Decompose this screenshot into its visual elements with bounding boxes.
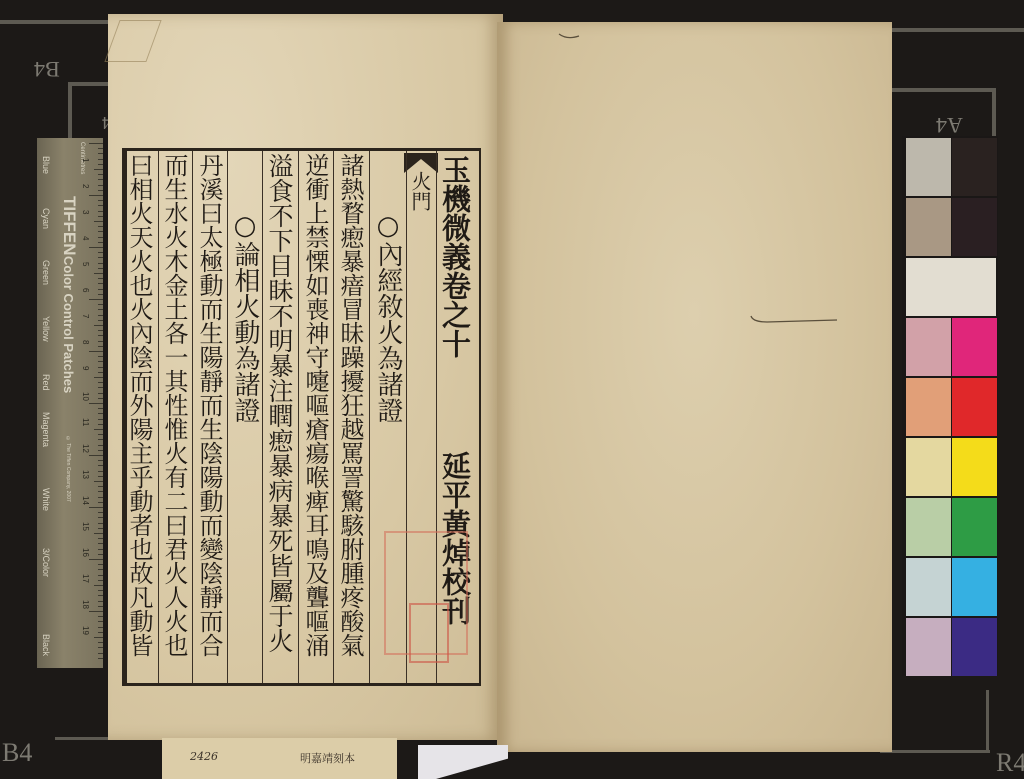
ruler-tick [98,538,103,539]
ruler-tick [98,211,103,212]
ruler-tick [94,481,103,482]
ruler-tick [94,221,103,222]
ruler-scale-number: 17 [81,574,90,583]
ruler-tick [98,564,103,565]
ruler-scale-number: 3 [81,210,90,214]
ruler-tick [98,575,103,576]
ruler-tick [98,606,103,607]
ruler-tick [98,382,103,383]
ruler-tick [98,200,103,201]
section-heading: 火門 [410,171,430,211]
ruler-tick [98,231,103,232]
ruler-tick [98,304,103,305]
board-label-top-right: A4 [936,112,963,138]
ruler-tick [94,637,103,638]
ruler-tick [98,413,103,414]
slip-number: 2426 [190,750,218,763]
ruler-tick [98,257,103,258]
ruler-tick [98,185,103,186]
ruler-scale-number: 5 [81,262,90,266]
ruler-tick [98,580,103,581]
ruler-tick [98,528,103,529]
ruler-scale-number: 8 [81,340,90,344]
column-rule [158,151,159,683]
color-patch-chart [902,136,998,676]
ruler-tick [98,356,103,357]
text-column-1: ○內經敘火為諸證 [375,211,401,423]
ruler-tick [98,263,103,264]
board-frame-left-v [68,82,72,142]
ruler-tick [89,299,103,300]
column-rule [298,151,299,683]
ruler-tick [98,627,103,628]
corner-fold [104,20,161,62]
ruler-tick [98,346,103,347]
top-mark [557,32,587,44]
slip-note: 明嘉靖刻本 [300,750,355,766]
ruler-tick [94,585,103,586]
ruler-color-label-cyan: Cyan [41,208,51,229]
tiffen-color-control-ruler: TIFFEN Color Control Patches © The Tiffe… [37,138,103,668]
ruler-color-label-red: Red [41,374,51,391]
ruler-tick [98,595,103,596]
ruler-tick [98,549,103,550]
text-column-4: 溢食不下目眛不明暴注瞤瘛暴病暴死皆屬于火 [267,153,292,653]
ruler-scale-number: 12 [81,444,90,453]
ruler-tick [98,554,103,555]
color-patch [906,498,951,556]
text-column-5: ○論相火動為諸證 [232,211,258,423]
text-column-7: 而生水火木金土各一其性惟火有二曰君火人火也 [162,153,186,657]
ruler-tick [98,424,103,425]
ruler-tick [98,512,103,513]
ruler-tick [89,351,103,352]
ruler-tick [98,471,103,472]
ruler-scale-number: 11 [81,418,90,426]
ruler-tick [98,320,103,321]
ruler-tick [98,450,103,451]
ruler-tick [98,398,103,399]
ruler-tick [98,372,103,373]
column-rule [227,151,228,683]
ruler-tick [98,460,103,461]
ruler-tick [98,590,103,591]
white-paper-strip [418,745,508,779]
ruler-copyright: © The Tiffen Company, 2007 [65,436,71,502]
text-column-3: 逆衝上禁慄如喪神守嚏嘔瘡瘍喉痺耳鳴及聾嘔涌 [303,153,327,657]
hair-mark [747,312,847,332]
board-label-top-left: B4 [34,56,60,82]
ruler-tick [98,497,103,498]
ruler-tick [89,195,103,196]
ruler-tick [94,325,103,326]
color-patch [952,378,997,436]
ruler-tick [98,341,103,342]
ruler-scale-number: 16 [81,548,90,557]
ruler-tick [98,408,103,409]
text-column-6: 丹溪曰太極動而生陽靜而生陰陽動而變陰靜而合 [197,153,221,657]
ruler-scale-number: 14 [81,496,90,505]
ruler-color-label-black: Black [41,634,51,656]
color-patch [906,378,951,436]
ruler-tick [98,523,103,524]
board-label-bottom-right: R4 [996,748,1024,778]
ruler-tick [94,169,103,170]
ruler-scale-number: 2 [81,184,90,188]
ruler-tick [98,283,103,284]
ruler-tick [98,190,103,191]
ruler-color-label-magenta: Magenta [41,412,51,447]
ruler-tick [98,616,103,617]
ruler-tick [98,242,103,243]
ruler-tick [98,486,103,487]
ruler-tick [98,205,103,206]
color-patch [952,138,997,196]
ruler-scale-number: 19 [81,626,90,635]
color-patch [952,318,997,376]
ruler-tick [98,148,103,149]
ruler-scale-number: 7 [81,314,90,318]
ruler-tick [98,330,103,331]
ruler-tick [89,143,103,144]
color-patch [906,258,996,316]
color-patch [906,198,951,256]
color-patch [952,558,997,616]
board-line-top [0,20,125,24]
color-patch [906,318,951,376]
board-frame-right-bottom-v [986,690,989,752]
ruler-tick [98,491,103,492]
text-column-8: 曰相火天火也火內陰而外陽主乎動者也故凡動皆 [127,153,151,657]
ruler-tick [98,502,103,503]
ruler-tick [89,247,103,248]
color-patch [952,438,997,496]
ruler-tick [98,445,103,446]
ruler-tick [98,335,103,336]
ruler-scale-number: 6 [81,288,90,292]
ruler-tick [98,237,103,238]
ruler-tick [98,315,103,316]
color-patch [952,618,997,676]
column-rule [192,151,193,683]
ruler-tick [98,476,103,477]
ruler-tick [98,309,103,310]
section-ear-mark [404,153,438,173]
ruler-tick [98,289,103,290]
ruler-color-label-yellow: Yellow [41,316,51,342]
color-patch [952,498,997,556]
ruler-tick [98,367,103,368]
color-patch [906,618,951,676]
board-line-top-right [880,28,1024,32]
ruler-tick [98,434,103,435]
ruler-brand: TIFFEN [59,196,79,256]
ruler-tick [98,465,103,466]
ruler-scale-number: 15 [81,522,90,531]
ruler-tick [98,268,103,269]
column-rule [333,151,334,683]
ruler-tick [98,252,103,253]
column-rule [262,151,263,683]
ruler-color-label-3color: 3/Color [41,548,51,577]
ruler-tick [98,179,103,180]
ruler-tick [98,419,103,420]
ruler-tick [98,439,103,440]
board-frame-right-h [892,88,996,92]
ruler-tick [98,153,103,154]
ruler-scale-number: 10 [81,392,90,401]
ruler-scale-number: 18 [81,600,90,609]
ruler-tick [98,632,103,633]
ruler-tick [98,226,103,227]
ruler-title: Color Control Patches [61,256,76,393]
ruler-tick [98,387,103,388]
ruler-tick [98,647,103,648]
red-seal-stamp-small [409,603,449,663]
ruler-scale-number: 9 [81,366,90,370]
ruler-scale-number: 4 [81,236,90,240]
board-frame-left-bottom [55,737,110,740]
ruler-scale-number: 13 [81,470,90,479]
ruler-color-label-white: White [41,488,51,511]
ruler-tick [98,294,103,295]
ruler-tick [98,621,103,622]
ruler-tick [89,611,103,612]
ruler-tick [98,278,103,279]
ruler-tick [98,653,103,654]
ruler-tick [98,517,103,518]
book-title: 玉機微義卷之十 [440,155,469,358]
ruler-tick [98,216,103,217]
ruler-tick [98,658,103,659]
ruler-tick [98,601,103,602]
ruler-tick [98,642,103,643]
ruler-tick [89,559,103,560]
board-frame-right-bottom [880,750,990,753]
ruler-tick [98,159,103,160]
column-rule [369,151,370,683]
ruler-scale-number: 1 [81,158,90,162]
ruler-tick [98,164,103,165]
color-patch [952,198,997,256]
color-patch [906,558,951,616]
board-label-bottom-left: B4 [2,738,32,768]
color-patch [906,438,951,496]
ruler-tick [98,361,103,362]
board-frame-right-v [992,88,996,138]
ruler-tick [98,393,103,394]
ruler-tick [94,273,103,274]
ruler-tick [89,507,103,508]
ruler-color-label-green: Green [41,260,51,285]
color-patch [906,138,951,196]
ruler-tick [98,569,103,570]
ruler-tick [94,429,103,430]
catalog-slip: 2426 明嘉靖刻本 [162,738,397,779]
right-page [497,22,892,752]
ruler-tick [89,455,103,456]
text-column-2: 諸熱瞀瘛暴瘖冒昧躁擾狂越罵詈驚駭胕腫疼酸氣 [338,153,362,657]
ruler-tick [94,377,103,378]
ruler-tick [98,543,103,544]
ruler-tick [89,403,103,404]
ruler-tick [94,533,103,534]
printed-text-block: 玉機微義卷之十 火門 延平黃焯校刊 ○內經敘火為諸證 諸熱瞀瘛暴瘖冒昧躁擾狂越罵… [122,148,481,686]
ruler-color-label-blue: Blue [41,156,51,174]
ruler-tick [98,174,103,175]
